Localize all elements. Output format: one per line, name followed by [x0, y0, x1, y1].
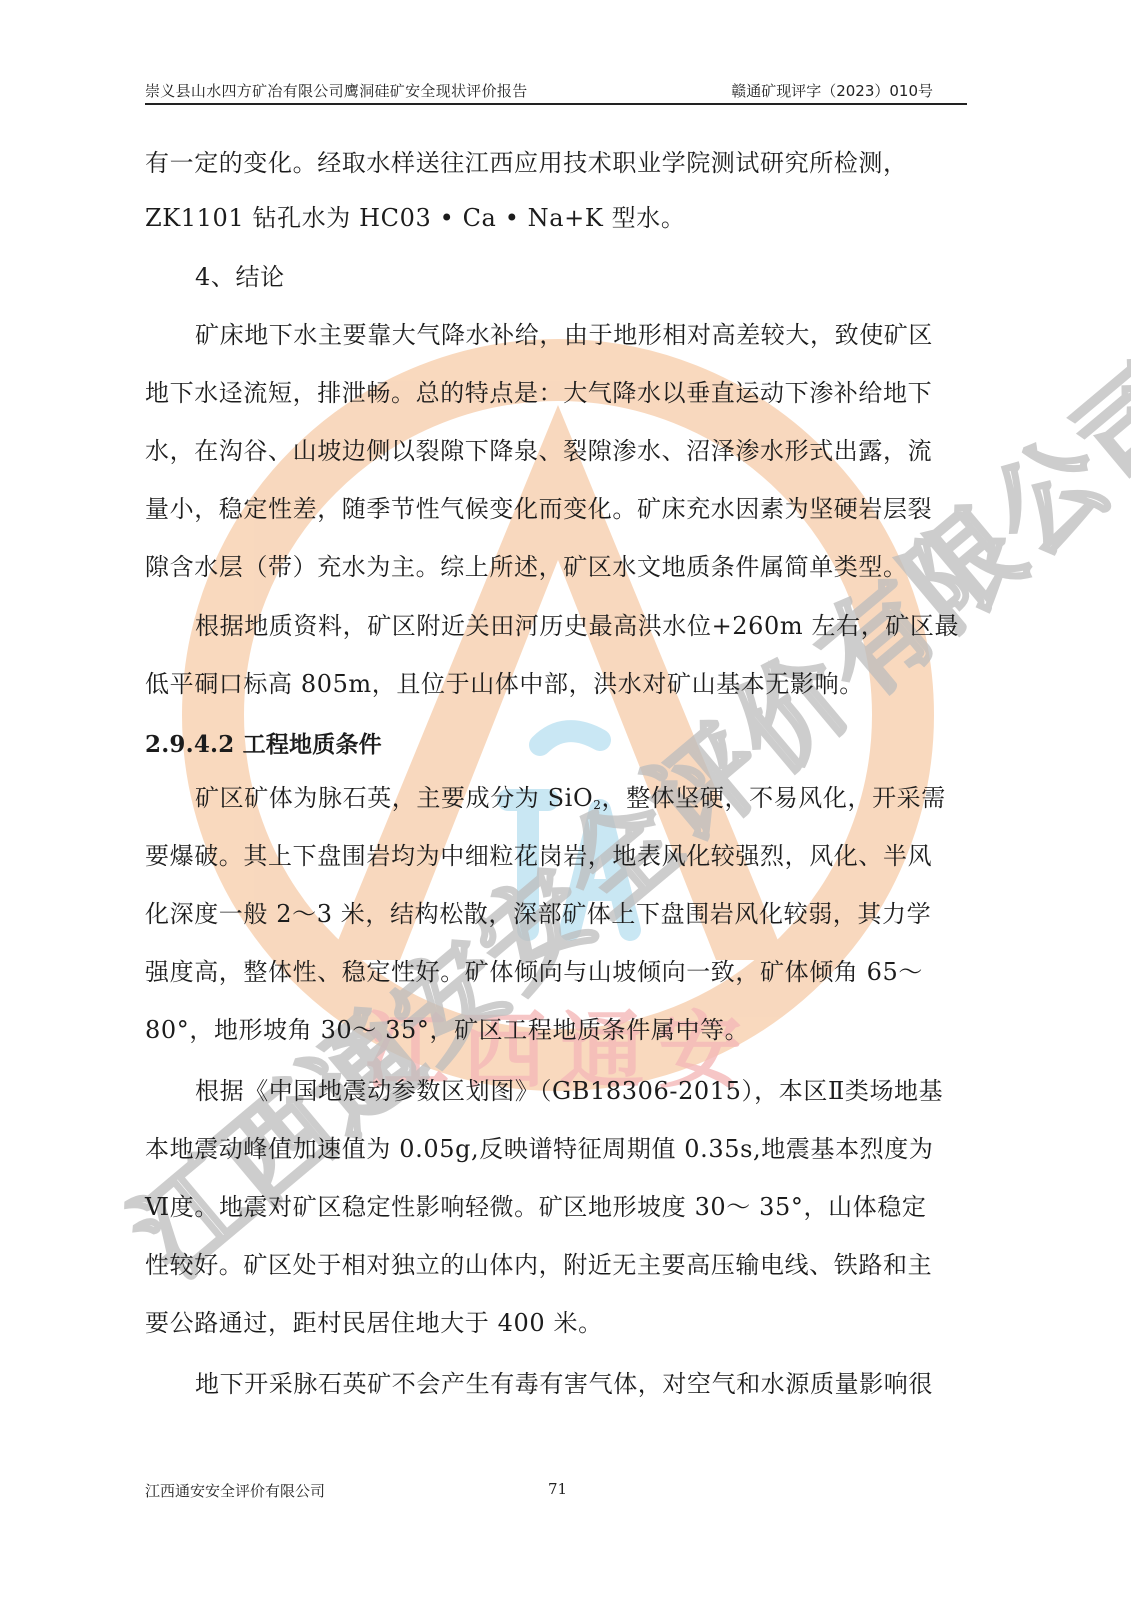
text-line: ZK1101 钻孔水为 HC03 • Ca • Na+K 型水。: [145, 203, 685, 233]
text-line: 量小，稳定性差，随季节性气候变化而变化。矿床充水因素为坚硬岩层裂: [145, 494, 932, 524]
text-line: 地下开采脉石英矿不会产生有毒有害气体，对空气和水源质量影响很: [195, 1369, 933, 1399]
text-line: 性较好。矿区处于相对独立的山体内，附近无主要高压输电线、铁路和主: [145, 1250, 932, 1280]
text-fragment: 矿区矿体为脉石英，主要成分为 SiO: [195, 784, 593, 812]
text-line: Ⅵ度。地震对矿区稳定性影响轻微。矿区地形坡度 30～ 35°，山体稳定: [145, 1192, 926, 1222]
text-line: 矿床地下水主要靠大气降水补给，由于地形相对高差较大，致使矿区: [195, 320, 933, 350]
text-fragment: ，整体坚硬，不易风化，开采需: [601, 784, 945, 812]
text-line: 地下水迳流短，排泄畅。总的特点是：大气降水以垂直运动下渗补给地下: [145, 378, 932, 408]
text-line: 根据地质资料，矿区附近关田河历史最高洪水位+260m 左右，矿区最: [195, 611, 959, 641]
text-line: 有一定的变化。经取水样送往江西应用技术职业学院测试研究所检测，: [145, 148, 908, 178]
document-page: 崇义县山水四方矿冶有限公司鹰洞硅矿安全现状评价报告 赣通矿现评字（2023）01…: [0, 0, 1131, 1600]
report-title: 崇义县山水四方矿冶有限公司鹰洞硅矿安全现状评价报告: [145, 80, 528, 101]
text-line: 低平硐口标高 805m，且位于山体中部，洪水对矿山基本无影响。: [145, 669, 864, 699]
page-number: 71: [548, 1480, 567, 1498]
text-line: 根据《中国地震动参数区划图》（GB18306-2015），本区Ⅱ类场地基: [195, 1076, 943, 1106]
text-line: 化深度一般 2～3 米，结构松散，深部矿体上下盘围岩风化较弱，其力学: [145, 899, 931, 929]
document-number: 赣通矿现评字（2023）010号: [731, 80, 933, 101]
header-divider: [145, 103, 967, 105]
text-line: 本地震动峰值加速值为 0.05g,反映谱特征周期值 0.35s,地震基本烈度为: [145, 1134, 933, 1164]
text-line: 80°，地形坡角 30～ 35°，矿区工程地质条件属中等。: [145, 1015, 749, 1045]
text-line: 强度高，整体性、稳定性好。矿体倾向与山坡倾向一致，矿体倾角 65～: [145, 957, 923, 987]
text-line: 矿区矿体为脉石英，主要成分为 SiO2，整体坚硬，不易风化，开采需: [195, 783, 946, 820]
text-line: 要公路通过，距村民居住地大于 400 米。: [145, 1308, 603, 1338]
page-header: 崇义县山水四方矿冶有限公司鹰洞硅矿安全现状评价报告 赣通矿现评字（2023）01…: [145, 78, 965, 104]
text-line: 要爆破。其上下盘围岩均为中细粒花岗岩，地表风化较强烈，风化、半风: [145, 841, 932, 871]
text-line: 水，在沟谷、山坡边侧以裂隙下降泉、裂隙渗水、沼泽渗水形式出露，流: [145, 436, 932, 466]
text-line: 隙含水层（带）充水为主。综上所述，矿区水文地质条件属简单类型。: [145, 552, 908, 582]
footer-company: 江西通安安全评价有限公司: [145, 1480, 325, 1501]
section-heading: 2.9.4.2 工程地质条件: [145, 730, 382, 760]
section-label: 4、结论: [195, 262, 285, 292]
